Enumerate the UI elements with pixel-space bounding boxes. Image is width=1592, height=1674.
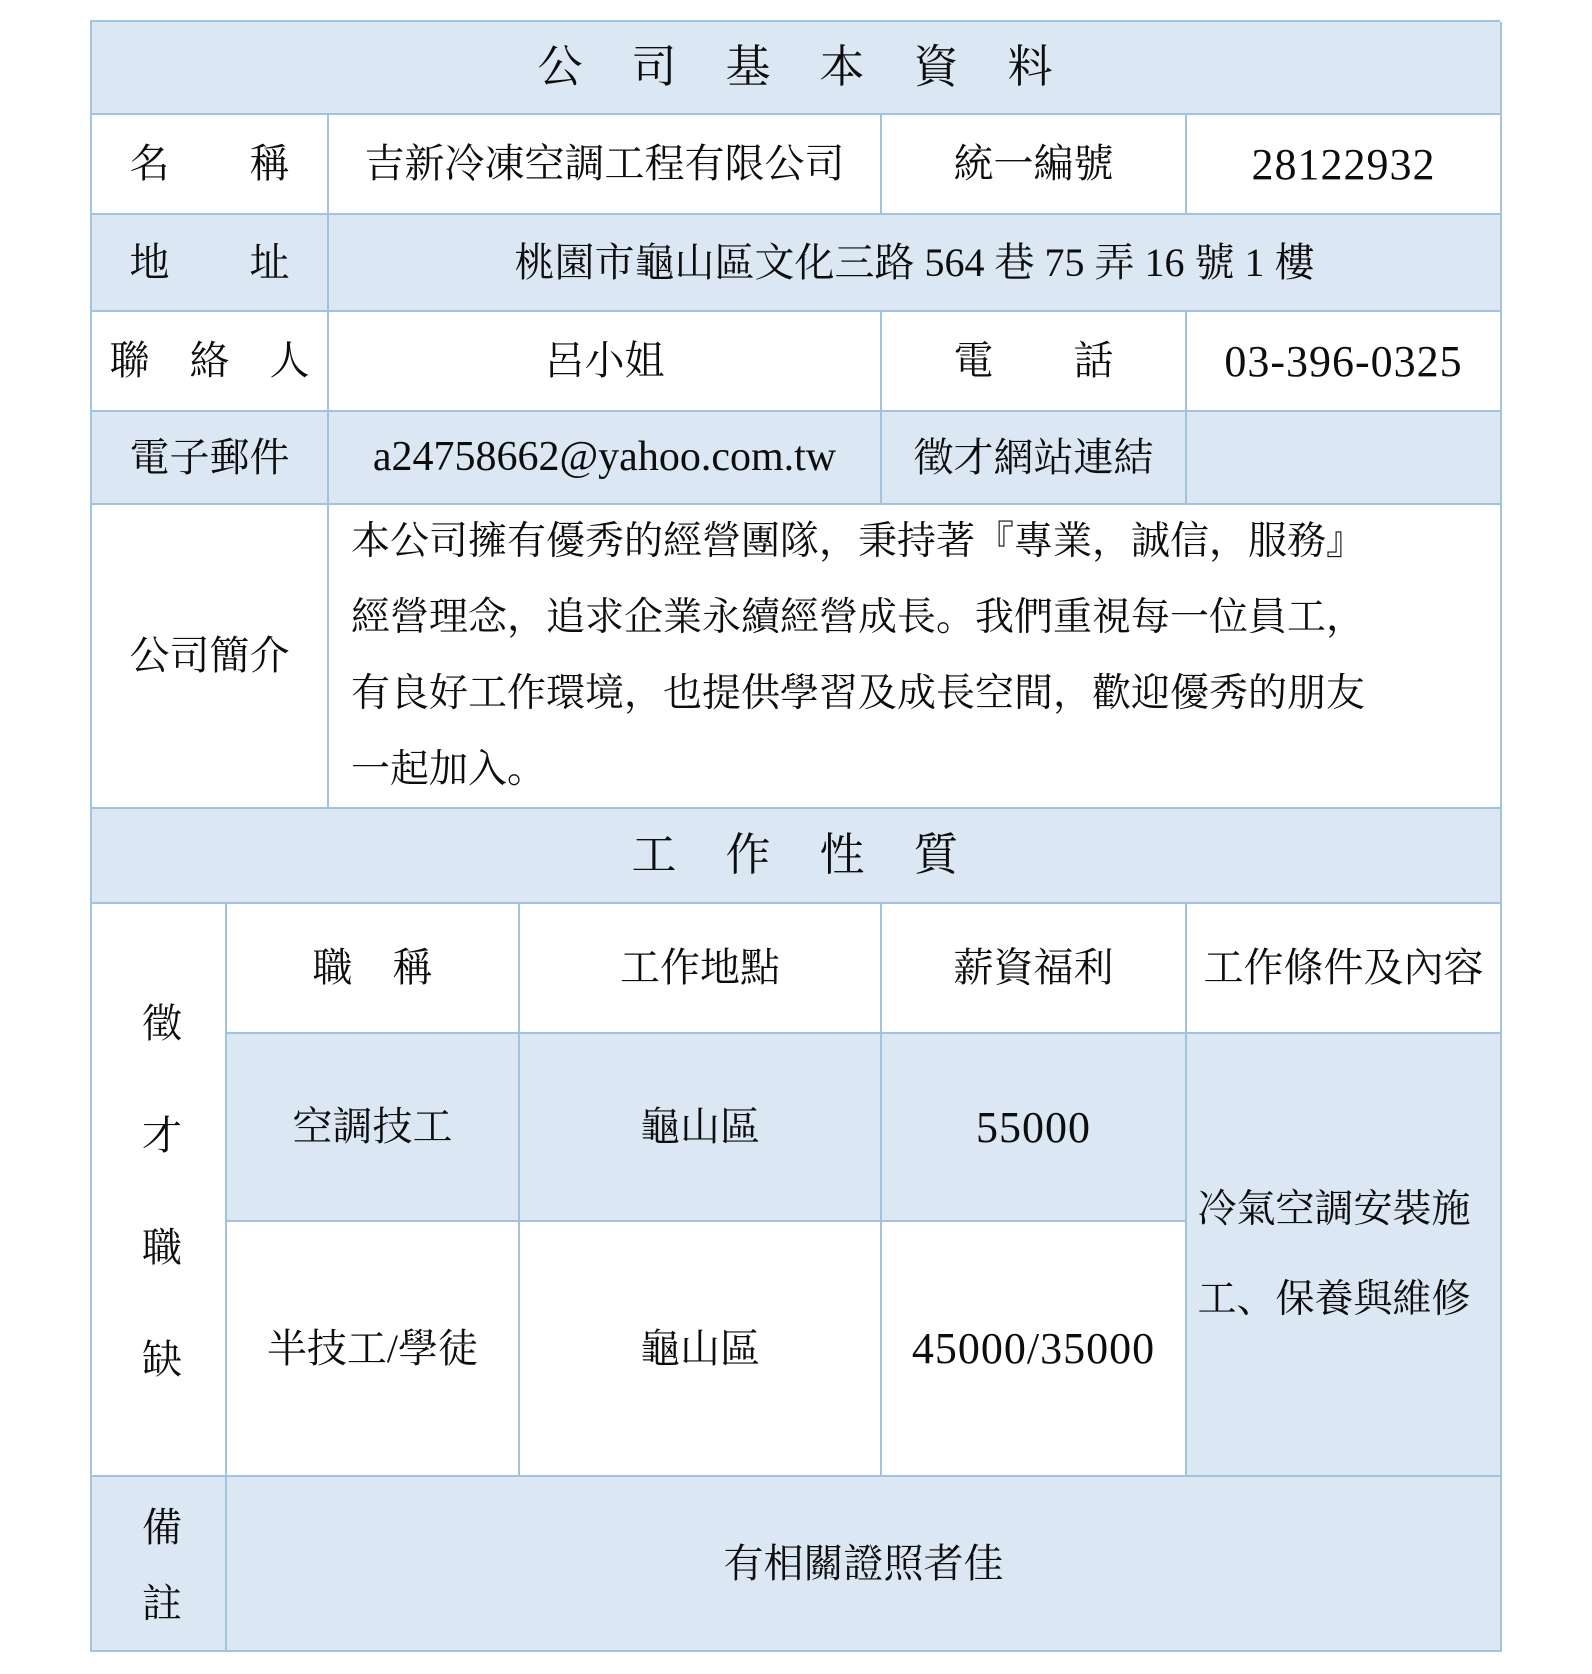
job-title-1: 空調技工 [227,1034,520,1222]
job-site-link-value [1187,412,1502,505]
phone-label: 電 話 [882,312,1187,412]
company-info-table: 公 司 基 本 資 料 名 稱 吉新冷凍空調工程有限公司 統一編號 281229… [90,20,1500,1652]
company-name-value: 吉新冷凍空調工程有限公司 [329,115,882,215]
email-value: a24758662@yahoo.com.tw [329,412,882,505]
phone-value: 03-396-0325 [1187,312,1502,412]
column-header-salary: 薪資福利 [882,904,1187,1034]
email-label: 電子郵件 [92,412,329,505]
notes-label: 備註 [134,1506,184,1653]
notes-label-cell: 備註 [92,1477,227,1652]
contact-value: 呂小姐 [329,312,882,412]
job-title-2: 半技工/學徒 [227,1222,520,1477]
intro-value: 本公司擁有優秀的經營團隊，秉持著『專業，誠信，服務』經營理念，追求企業永續經營成… [351,505,1381,808]
notes-value: 有相關證照者佳 [227,1477,1502,1652]
tax-id-value: 28122932 [1187,115,1502,215]
address-value: 桃園市龜山區文化三路 564 巷 75 弄 16 號 1 樓 [329,215,1502,312]
tax-id-label: 統一編號 [882,115,1187,215]
document-page: 公 司 基 本 資 料 名 稱 吉新冷凍空調工程有限公司 統一編號 281229… [0,0,1592,1674]
section-title-company-info: 公 司 基 本 資 料 [92,22,1502,115]
intro-cell: 本公司擁有優秀的經營團隊，秉持著『專業，誠信，服務』經營理念，追求企業永續經營成… [329,505,1502,809]
column-header-conditions: 工作條件及內容 [1187,904,1502,1034]
job-salary-1: 55000 [882,1034,1187,1222]
column-header-job-title: 職 稱 [227,904,520,1034]
job-salary-2: 45000/35000 [882,1222,1187,1477]
job-conditions-cell: 冷氣空調安裝施工、保養與維修 [1187,1034,1502,1477]
column-header-location: 工作地點 [520,904,882,1034]
job-location-2: 龜山區 [520,1222,882,1477]
job-group-label-cell: 徵才職缺 [92,904,227,1477]
intro-label: 公司簡介 [92,505,329,809]
job-conditions-value: 冷氣空調安裝施工、保養與維修 [1198,1165,1490,1345]
address-label: 地 址 [92,215,329,312]
job-group-label: 徵才職缺 [134,1002,184,1450]
name-label: 名 稱 [92,115,329,215]
job-site-link-label: 徵才網站連結 [882,412,1187,505]
contact-label: 聯 絡 人 [92,312,329,412]
section-title-job-nature: 工 作 性 質 [92,809,1502,904]
job-location-1: 龜山區 [520,1034,882,1222]
